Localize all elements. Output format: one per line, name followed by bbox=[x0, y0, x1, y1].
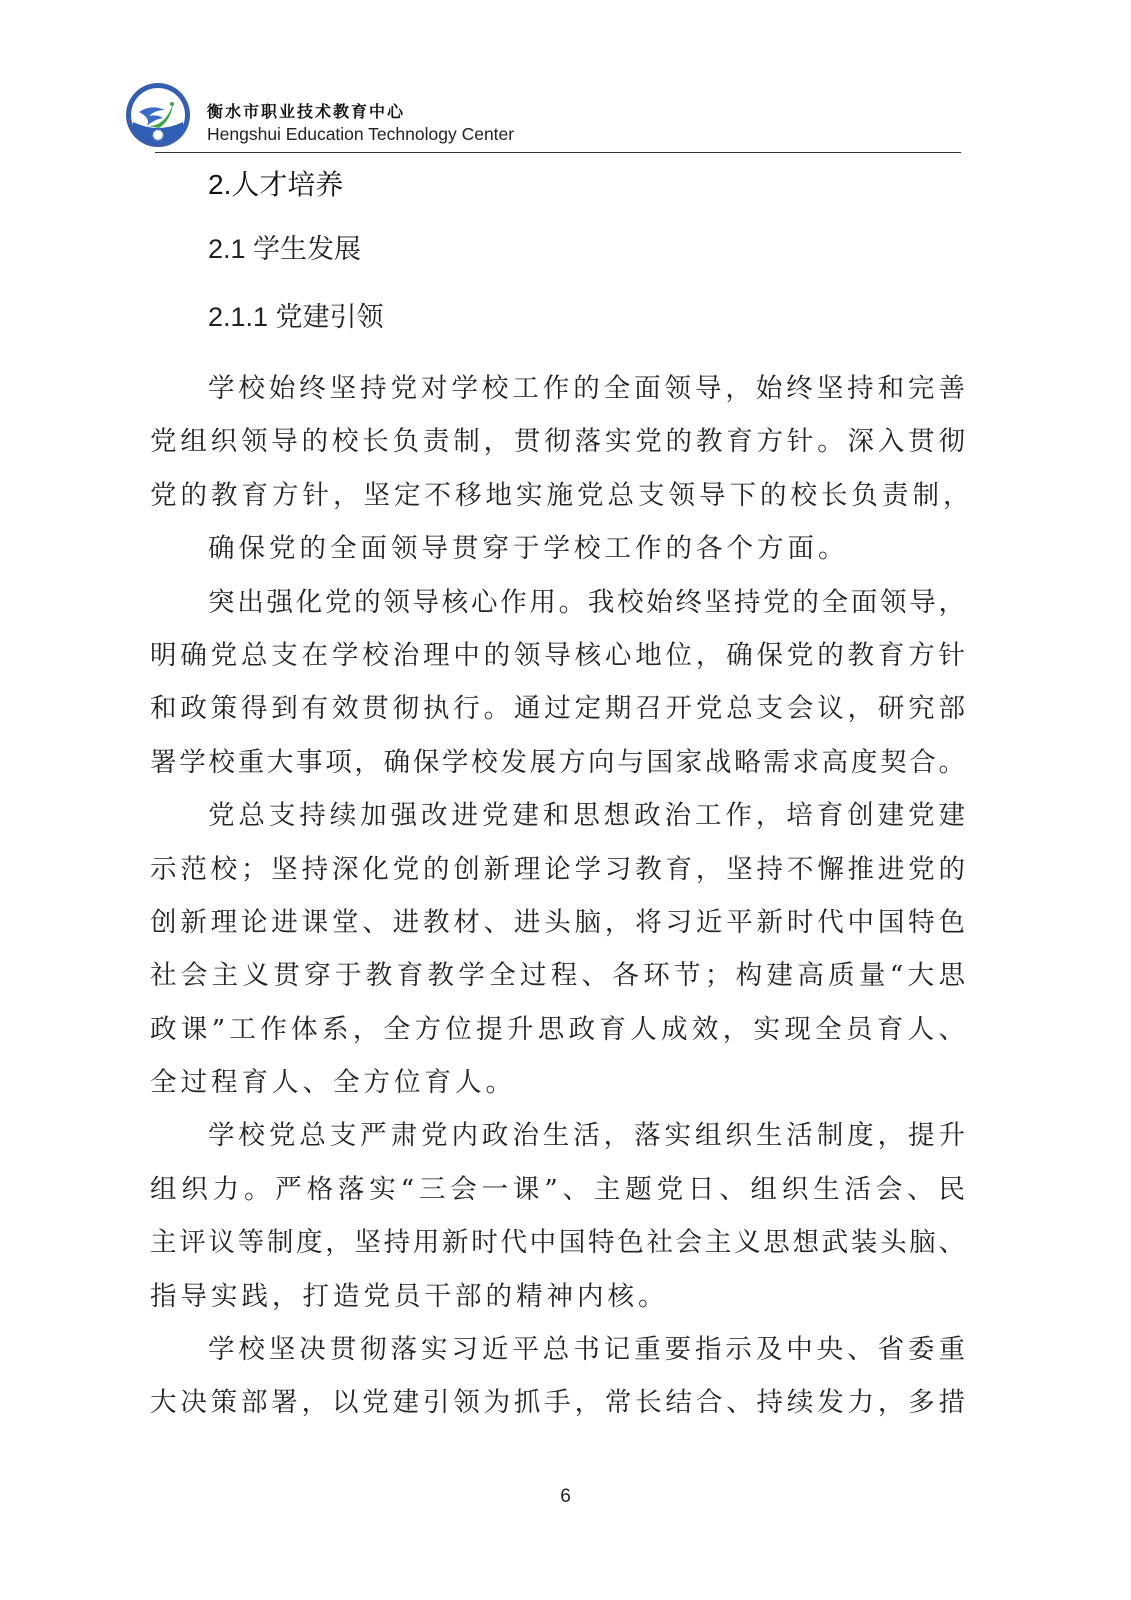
text-line: 学校党总支严肃党内政治生活，落实组织生活制度，提升 bbox=[150, 1109, 965, 1162]
header-divider bbox=[155, 152, 961, 153]
text-line: 署学校重大事项，确保学校发展方向与国家战略需求高度契合。 bbox=[150, 736, 965, 789]
heading-level-1: 2.人才培养 bbox=[208, 166, 343, 204]
body-text: 学校始终坚持党对学校工作的全面领导，始终坚持和完善 党组织领导的校长负责制，贯彻… bbox=[150, 362, 965, 1430]
heading-level-3: 2.1.1 党建引领 bbox=[208, 299, 384, 335]
school-emblem-icon bbox=[125, 82, 191, 148]
header-titles: 衡水市职业技术教育中心 Hengshui Education Technolog… bbox=[207, 102, 514, 145]
text-line: 党的教育方针，坚定不移地实施党总支领导下的校长负责制， bbox=[150, 469, 965, 522]
text-line: 大决策部署，以党建引领为抓手，常长结合、持续发力，多措 bbox=[150, 1376, 965, 1429]
text-line: 指导实践，打造党员干部的精神内核。 bbox=[150, 1270, 965, 1323]
org-name-cn: 衡水市职业技术教育中心 bbox=[207, 102, 514, 122]
text-line: 学校始终坚持党对学校工作的全面领导，始终坚持和完善 bbox=[150, 362, 965, 415]
text-line: 主评议等制度，坚持用新时代中国特色社会主义思想武装头脑、 bbox=[150, 1216, 965, 1269]
text-line: 确保党的全面领导贯穿于学校工作的各个方面。 bbox=[150, 522, 965, 575]
heading-level-2: 2.1 学生发展 bbox=[208, 231, 361, 267]
page-number: 6 bbox=[0, 1486, 1131, 1508]
text-line: 党组织领导的校长负责制，贯彻落实党的教育方针。深入贯彻 bbox=[150, 415, 965, 468]
org-name-en: Hengshui Education Technology Center bbox=[207, 123, 514, 145]
text-line: 全过程育人、全方位育人。 bbox=[150, 1056, 965, 1109]
text-line: 示范校；坚持深化党的创新理论学习教育，坚持不懈推进党的 bbox=[150, 843, 965, 896]
text-line: 明确党总支在学校治理中的领导核心地位，确保党的教育方针 bbox=[150, 629, 965, 682]
text-line: 组织力。严格落实“三会一课”、主题党日、组织生活会、民 bbox=[150, 1163, 965, 1216]
text-line: 政课”工作体系，全方位提升思政育人成效，实现全员育人、 bbox=[150, 1003, 965, 1056]
text-line: 学校坚决贯彻落实习近平总书记重要指示及中央、省委重 bbox=[150, 1323, 965, 1376]
page-header: 衡水市职业技术教育中心 Hengshui Education Technolog… bbox=[125, 80, 965, 156]
text-line: 和政策得到有效贯彻执行。通过定期召开党总支会议，研究部 bbox=[150, 682, 965, 735]
text-line: 创新理论进课堂、进教材、进头脑，将习近平新时代中国特色 bbox=[150, 896, 965, 949]
text-line: 社会主义贯穿于教育教学全过程、各环节；构建高质量“大思 bbox=[150, 949, 965, 1002]
text-line: 突出强化党的领导核心作用。我校始终坚持党的全面领导， bbox=[150, 576, 965, 629]
text-line: 党总支持续加强改进党建和思想政治工作，培育创建党建 bbox=[150, 789, 965, 842]
